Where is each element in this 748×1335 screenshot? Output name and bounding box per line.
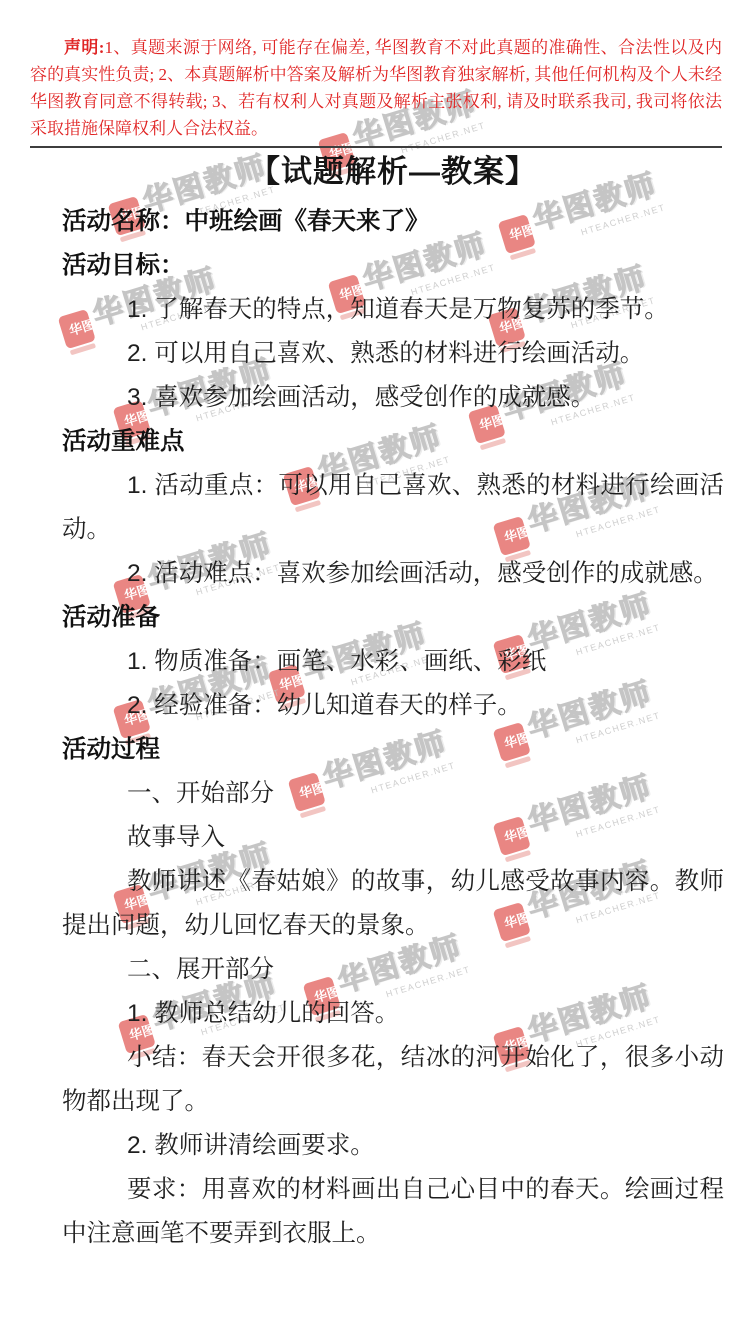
section-heading: 活动准备 (62, 596, 724, 640)
section-heading: 活动过程 (62, 728, 724, 772)
section-heading: 活动重难点 (62, 420, 724, 464)
body-paragraph: 1. 活动重点：可以用自己喜欢、熟悉的材料进行绘画活动。 (62, 464, 724, 552)
disclaimer: 声明:1、真题来源于网络, 可能存在偏差, 华图教育不对此真题的准确性、合法性以… (30, 34, 722, 142)
body-paragraph: 二、展开部分 (62, 948, 724, 992)
body-paragraph: 2. 活动难点：喜欢参加绘画活动，感受创作的成就感。 (62, 552, 724, 596)
body-paragraph: 故事导入 (62, 816, 724, 860)
body-paragraph: 3. 喜欢参加绘画活动，感受创作的成就感。 (62, 376, 724, 420)
body-paragraph: 1. 教师总结幼儿的回答。 (62, 992, 724, 1036)
body-paragraph: 一、开始部分 (62, 772, 724, 816)
body-paragraph: 教师讲述《春姑娘》的故事，幼儿感受故事内容。教师提出问题，幼儿回忆春天的景象。 (62, 860, 724, 948)
body-paragraph: 小结：春天会开很多花，结冰的河开始化了，很多小动物都出现了。 (62, 1036, 724, 1124)
document-title: 【试题解析—教案】 (62, 152, 724, 192)
disclaimer-text: 1、真题来源于网络, 可能存在偏差, 华图教育不对此真题的准确性、合法性以及内容… (30, 38, 722, 138)
divider-line (30, 146, 722, 148)
body-paragraph: 2. 可以用自己喜欢、熟悉的材料进行绘画活动。 (62, 332, 724, 376)
body-paragraph: 2. 经验准备：幼儿知道春天的样子。 (62, 684, 724, 728)
disclaimer-label: 声明: (64, 38, 104, 57)
document-page: 华图华图教师HTEACHER.NET华图华图教师HTEACHER.NET华图华图… (0, 0, 748, 1335)
section-heading: 活动目标： (62, 244, 724, 288)
section-heading: 活动名称：中班绘画《春天来了》 (62, 200, 724, 244)
body-paragraph: 2. 教师讲清绘画要求。 (62, 1124, 724, 1168)
body-paragraph: 1. 物质准备：画笔、水彩、画纸、彩纸 (62, 640, 724, 684)
body-text: 活动名称：中班绘画《春天来了》活动目标：1. 了解春天的特点，知道春天是万物复苏… (62, 200, 724, 1256)
body-paragraph: 1. 了解春天的特点，知道春天是万物复苏的季节。 (62, 288, 724, 332)
document-content: 声明:1、真题来源于网络, 可能存在偏差, 华图教育不对此真题的准确性、合法性以… (0, 34, 748, 1256)
body-paragraph: 要求：用喜欢的材料画出自己心目中的春天。绘画过程中注意画笔不要弄到衣服上。 (62, 1168, 724, 1256)
